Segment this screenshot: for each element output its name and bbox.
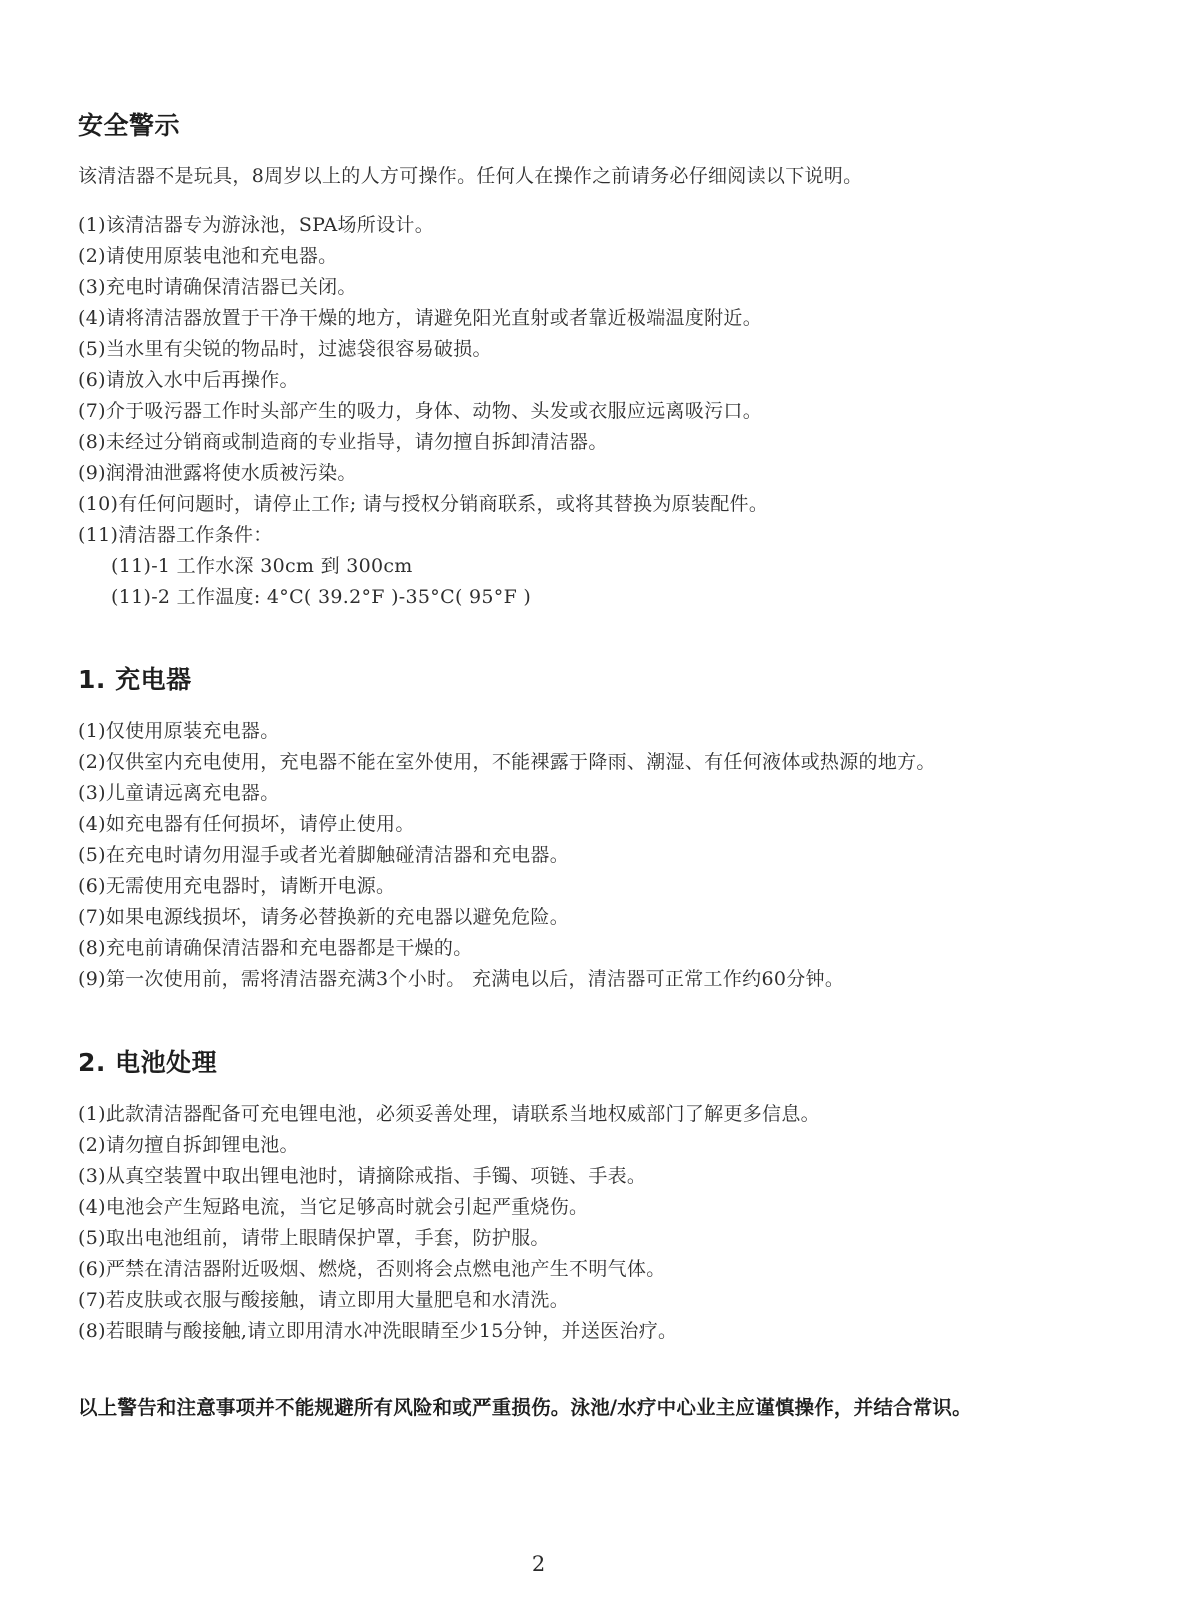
safety-item: (5)当水里有尖锐的物品时，过滤袋很容易破损。	[78, 337, 492, 361]
battery-item: (1)此款清洁器配备可充电锂电池，必须妥善处理，请联系当地权威部门了解更多信息。	[78, 1102, 820, 1126]
safety-item: (9)润滑油泄露将使水质被污染。	[78, 461, 357, 485]
safety-item: (4)请将清洁器放置于干净干燥的地方，请避免阳光直射或者靠近极端温度附近。	[78, 306, 762, 330]
safety-item: (6)请放入水中后再操作。	[78, 368, 299, 392]
safety-item: (8)未经过分销商或制造商的专业指导，请勿擅自拆卸清洁器。	[78, 430, 608, 454]
safety-sub-item: (11)-2 工作温度: 4°C( 39.2°F )-35°C( 95°F )	[111, 585, 531, 609]
charger-item: (2)仅供室内充电使用，充电器不能在室外使用，不能裸露于降雨、潮湿、有任何液体或…	[78, 750, 936, 774]
charger-item: (1)仅使用原装充电器。	[78, 719, 280, 743]
battery-item: (8)若眼睛与酸接触,请立即用清水冲洗眼睛至少15分钟，并送医治疗。	[78, 1319, 677, 1343]
charger-item: (4)如充电器有任何损坏，请停止使用。	[78, 812, 415, 836]
charger-item: (3)儿童请远离充电器。	[78, 781, 280, 805]
safety-intro: 该清洁器不是玩具，8周岁以上的人方可操作。任何人在操作之前请务必仔细阅读以下说明…	[78, 164, 862, 188]
safety-sub-item: (11)-1 工作水深 30cm 到 300cm	[111, 554, 413, 578]
charger-heading: 1. 充电器	[78, 660, 192, 696]
safety-item: (1)该清洁器专为游泳池，SPA场所设计。	[78, 213, 434, 237]
charger-item: (6)无需使用充电器时，请断开电源。	[78, 874, 395, 898]
safety-item: (2)请使用原装电池和充电器。	[78, 244, 337, 268]
battery-item: (7)若皮肤或衣服与酸接触，请立即用大量肥皂和水清洗。	[78, 1288, 569, 1312]
charger-item: (8)充电前请确保清洁器和充电器都是干燥的。	[78, 936, 473, 960]
manual-page: 安全警示 该清洁器不是玩具，8周岁以上的人方可操作。任何人在操作之前请务必仔细阅…	[0, 0, 1191, 1616]
safety-item: (11)清洁器工作条件：	[78, 523, 273, 547]
safety-item: (7)介于吸污器工作时头部产生的吸力，身体、动物、头发或衣服应远离吸污口。	[78, 399, 762, 423]
safety-item: (3)充电时请确保清洁器已关闭。	[78, 275, 357, 299]
battery-item: (2)请勿擅自拆卸锂电池。	[78, 1133, 299, 1157]
battery-heading: 2. 电池处理	[78, 1043, 217, 1079]
charger-item: (5)在充电时请勿用湿手或者光着脚触碰清洁器和充电器。	[78, 843, 569, 867]
safety-item: (10)有任何问题时，请停止工作; 请与授权分销商联系，或将其替换为原装配件。	[78, 492, 768, 516]
battery-item: (6)严禁在清洁器附近吸烟、燃烧，否则将会点燃电池产生不明气体。	[78, 1257, 666, 1281]
battery-item: (3)从真空装置中取出锂电池时，请摘除戒指、手镯、项链、手表。	[78, 1164, 646, 1188]
battery-item: (4)电池会产生短路电流，当它足够高时就会引起严重烧伤。	[78, 1195, 588, 1219]
page-number: 2	[0, 1552, 1077, 1576]
warning-summary: 以上警告和注意事项并不能规避所有风险和或严重损伤。泳池/水疗中心业主应谨慎操作，…	[78, 1392, 972, 1420]
charger-item: (7)如果电源线损坏，请务必替换新的充电器以避免危险。	[78, 905, 569, 929]
safety-heading: 安全警示	[78, 106, 180, 142]
battery-item: (5)取出电池组前，请带上眼睛保护罩，手套，防护服。	[78, 1226, 550, 1250]
charger-item: (9)第一次使用前，需将清洁器充满3个小时。 充满电以后，清洁器可正常工作约60…	[78, 967, 844, 991]
